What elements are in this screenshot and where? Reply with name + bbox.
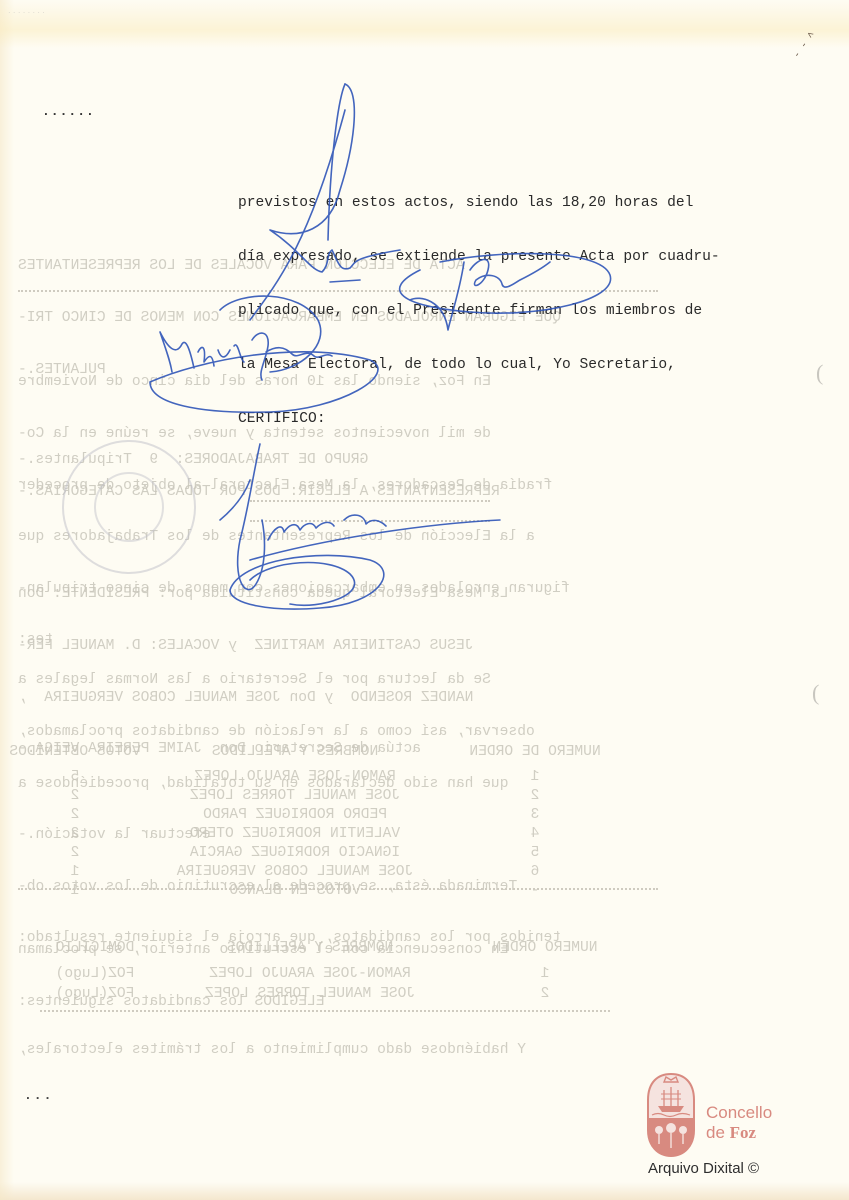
bleed-table-cell: 2: [470, 986, 620, 1003]
faded-stamp: [62, 440, 196, 574]
paragraph-line: previstos en estos actos, siendo las 18,…: [238, 194, 828, 212]
bleed-table-cell: 2: [0, 826, 150, 843]
bleed-line: La Mesa Electoral queda constituida por:…: [18, 586, 658, 603]
closing-paragraph: previstos en estos actos, siendo las 18,…: [238, 158, 828, 446]
bleed-closing: Y habiéndose dado cumplimiento a los trá…: [18, 1042, 658, 1059]
archive-label: Arquivo Dixital ©: [648, 1160, 759, 1177]
bleed-table-cell: 1: [450, 769, 620, 786]
organization-name: Concello de Foz: [706, 1103, 772, 1143]
bleed-table-cell: VOTOS EN BLANCO: [170, 883, 420, 900]
bleed-divider: [250, 520, 490, 522]
bleed-table-cell: -: [450, 883, 620, 900]
bleed-table-cell: PEDRO RODRIGUEZ PARDO: [170, 807, 420, 824]
certifico-line: CERTIFICO:: [238, 410, 828, 428]
bleed-table-cell: 2: [450, 788, 620, 805]
trailing-dots: ...: [24, 1088, 53, 1103]
bleed-table-header: VOTOS OBTENIDOS: [0, 744, 150, 761]
bleed-table-cell: JOSE MANUEL COBOS VERGUEIRA: [170, 864, 420, 881]
bleed-table-cell: 5: [0, 769, 150, 786]
bleed-table-cell: 2: [0, 845, 150, 862]
bleed-table-header: DOMICILIO: [30, 940, 160, 957]
bleed-table-cell: RAMON-JOSE ARAUJO LOPEZ: [170, 769, 420, 786]
bleed-table-cell: JOSE MANUEL TORRES LOPEZ: [170, 788, 420, 805]
leading-dots: ......: [42, 104, 95, 119]
org-name-line2: de Foz: [706, 1123, 772, 1143]
bleed-line: Se da lectura por el Secretario a las No…: [18, 672, 658, 689]
bleed-table-cell: 2: [0, 807, 150, 824]
paragraph-line: plicado que, con el Presidente firman lo…: [238, 302, 828, 320]
bleed-table-cell: 1: [0, 883, 150, 900]
bleed-line: observar, así como a la relación de cand…: [18, 724, 658, 741]
bleed-table-cell: 1: [470, 966, 620, 983]
bleed-table-cell: 3: [450, 807, 620, 824]
bleed-table-header: NUMERO DE ORDEN: [450, 744, 620, 761]
paragraph-line: la Mesa Electoral, de todo lo cual, Yo S…: [238, 356, 828, 374]
bleed-table-header: NOMBRES Y APELLIDOS: [170, 744, 420, 761]
bleed-table-cell: IGNACIO RODRIGUEZ GARCIA: [170, 845, 420, 862]
org-name-line1: Concello: [706, 1103, 772, 1123]
paragraph-line: día expresado, se extiende la presente A…: [238, 248, 828, 266]
bleed-table-cell: RAMON-JOSE ARAUJO LOPEZ: [180, 966, 440, 983]
bleed-table-cell: 2: [0, 788, 150, 805]
bleed-table-cell: JOSE MANUEL TORRES LOPEZ: [180, 986, 440, 1003]
bleed-table-cell: 5: [450, 845, 620, 862]
bleed-table-cell: 4: [450, 826, 620, 843]
bleed-through-header: · · · · · · · ·: [8, 8, 45, 17]
bleed-table-header: NUMERO ORDEN: [470, 940, 620, 957]
org-name-bold: Foz: [730, 1123, 756, 1142]
bleed-table-cell: FOZ(Lugo): [30, 986, 160, 1003]
bleed-divider: [40, 1010, 610, 1012]
punch-hole-mark: (: [812, 680, 819, 706]
org-name-prefix: de: [706, 1123, 730, 1142]
bleed-table-cell: 6: [450, 864, 620, 881]
bleed-table-cell: FOZ(Lugo): [30, 966, 160, 983]
bleed-table-header: NOMBRES Y APELLIDOS: [180, 940, 440, 957]
bleed-divider: [250, 500, 490, 502]
bleed-divider: [18, 888, 658, 890]
bleed-table-cell: VALENTIN RODRIGUEZ OTERO: [170, 826, 420, 843]
coat-of-arms-icon: [644, 1072, 698, 1158]
bleed-table-cell: 1: [0, 864, 150, 881]
